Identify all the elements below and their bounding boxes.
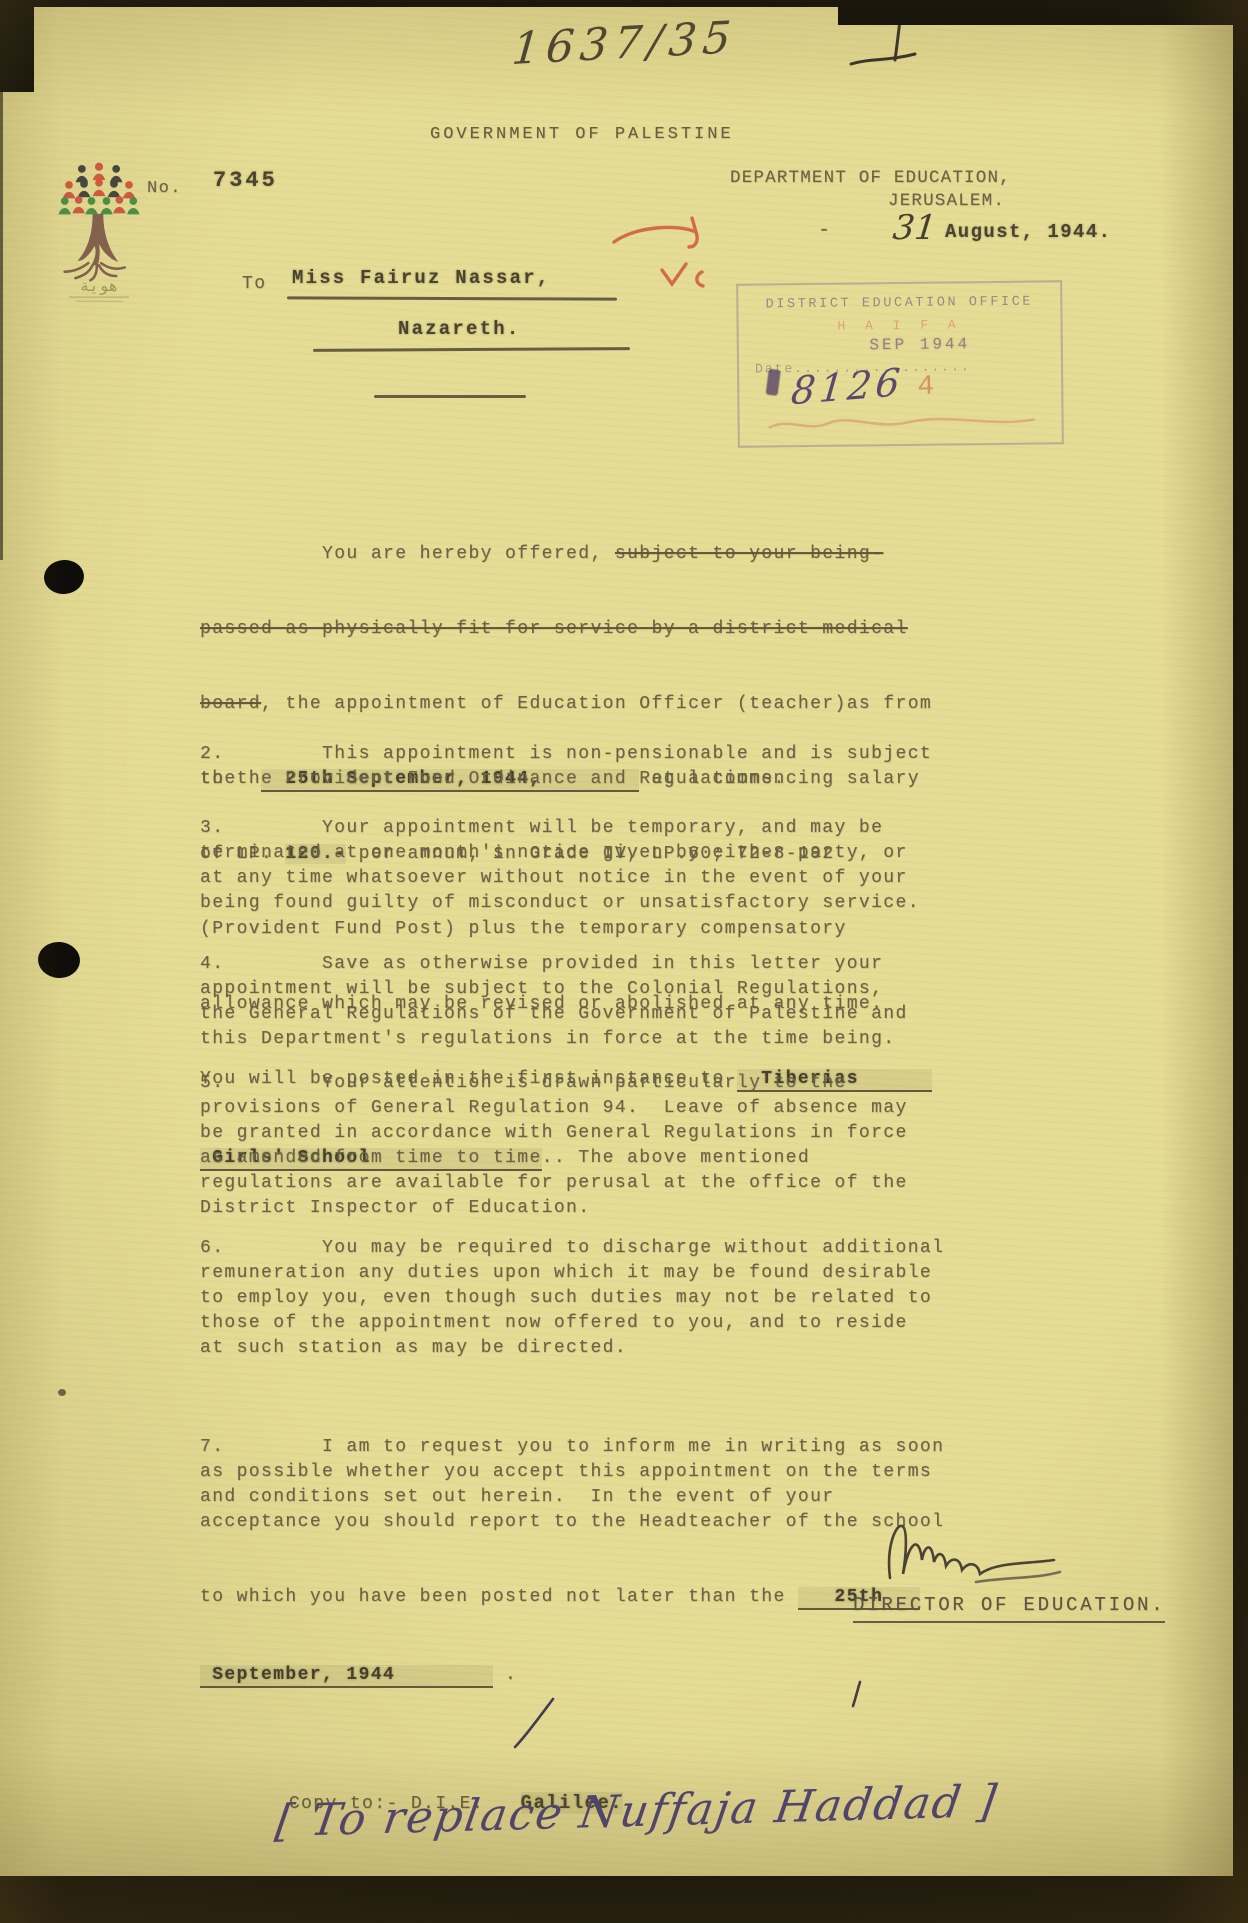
punch-hole: [37, 941, 81, 980]
tree-of-people-logo: هوية: [56, 156, 142, 306]
p1-struck-text: passed as physically fit for service by …: [200, 619, 908, 639]
addressee-name: Miss Fairuz Nassar,: [292, 266, 550, 291]
scan-edge-right: [1233, 0, 1248, 1923]
stamp-office-line: DISTRICT EDUCATION OFFICE: [738, 294, 1060, 312]
logo-trunk-roots: [65, 214, 125, 280]
p7-text: .: [493, 1665, 517, 1685]
government-title: GOVERNMENT OF PALESTINE: [430, 122, 734, 147]
paragraph-4: 4. Save as otherwise provided in this le…: [200, 952, 908, 1052]
scan-edge-left: [0, 0, 3, 560]
addressee-underline: [287, 296, 617, 300]
p7-text: to which you have been posted not later …: [200, 1587, 798, 1607]
p1-text: You are hereby offered,: [200, 544, 615, 564]
handwritten-date-day: 31: [891, 208, 938, 248]
handwritten-stroke-mark: [850, 1678, 864, 1710]
stamp-red-digit: 4: [917, 372, 934, 403]
logo-fineprint-line: [75, 301, 122, 303]
date-dash: -: [818, 218, 831, 243]
address-underline-3: [374, 395, 526, 398]
p7-text: 7. I am to request you to inform me in w…: [200, 1435, 944, 1535]
p1-struck-text: board: [200, 694, 261, 714]
director-signature: [876, 1516, 1066, 1596]
handwritten-file-number: 1637/35: [510, 12, 739, 75]
stamp-ink-smudge: [766, 369, 781, 396]
stamp-place-line: H A I F A: [739, 316, 1061, 334]
to-label: To: [242, 272, 266, 297]
paragraph-3: 3. Your appointment will be temporary, a…: [200, 816, 920, 916]
ink-speck: [58, 1389, 66, 1396]
stamp-serial-handwritten: 8126: [789, 360, 906, 414]
punch-hole: [42, 558, 85, 596]
paragraph-6: 6. You may be required to discharge with…: [200, 1236, 944, 1361]
p1-struck-text: subject to your being-: [615, 544, 883, 564]
paragraph-7: 7. I am to request you to inform me in w…: [200, 1385, 944, 1738]
ref-number-value: 7345: [213, 168, 278, 193]
scanned-letter-page: هوية 1637/35 GOVERNMENT OF PALESTINE No.…: [0, 0, 1248, 1923]
addressee-town: Nazareth.: [398, 317, 520, 342]
date-text: August, 1944.: [945, 220, 1111, 245]
signature-title: DIRECTOR OF EDUCATION.: [853, 1593, 1165, 1623]
logo-fineprint-line: [69, 296, 129, 298]
logo-people-canopy: [59, 163, 140, 215]
p1-text: , the appointment of Education Officer (…: [261, 694, 932, 714]
address-underline-2: [313, 347, 630, 352]
ref-number-label: No.: [147, 176, 182, 201]
red-arabic-annotation-mark: [598, 212, 743, 302]
paragraph-5: 5. Your attention is drawn particularly …: [200, 1071, 908, 1221]
paragraph-2: 2. This appointment is non-pensionable a…: [200, 742, 932, 792]
stamp-arabic-squiggle: [750, 410, 1050, 437]
scan-edge-top-left: [0, 0, 34, 92]
department-line: DEPARTMENT OF EDUCATION,: [730, 166, 1011, 191]
district-office-received-stamp: DISTRICT EDUCATION OFFICE H A I F A SEP …: [736, 280, 1064, 447]
handwritten-tick-mark: [505, 1693, 565, 1753]
p7-report-date: September, 1944: [200, 1665, 493, 1688]
scan-edge-top-right: [838, 0, 1248, 25]
p1-text: (Provident Fund Post) plus the temporary…: [200, 919, 847, 939]
scan-edge-bottom: [0, 1876, 1248, 1923]
stamp-date-line: SEP 1944: [759, 334, 1081, 355]
logo-arabic-word: هوية: [80, 278, 119, 296]
